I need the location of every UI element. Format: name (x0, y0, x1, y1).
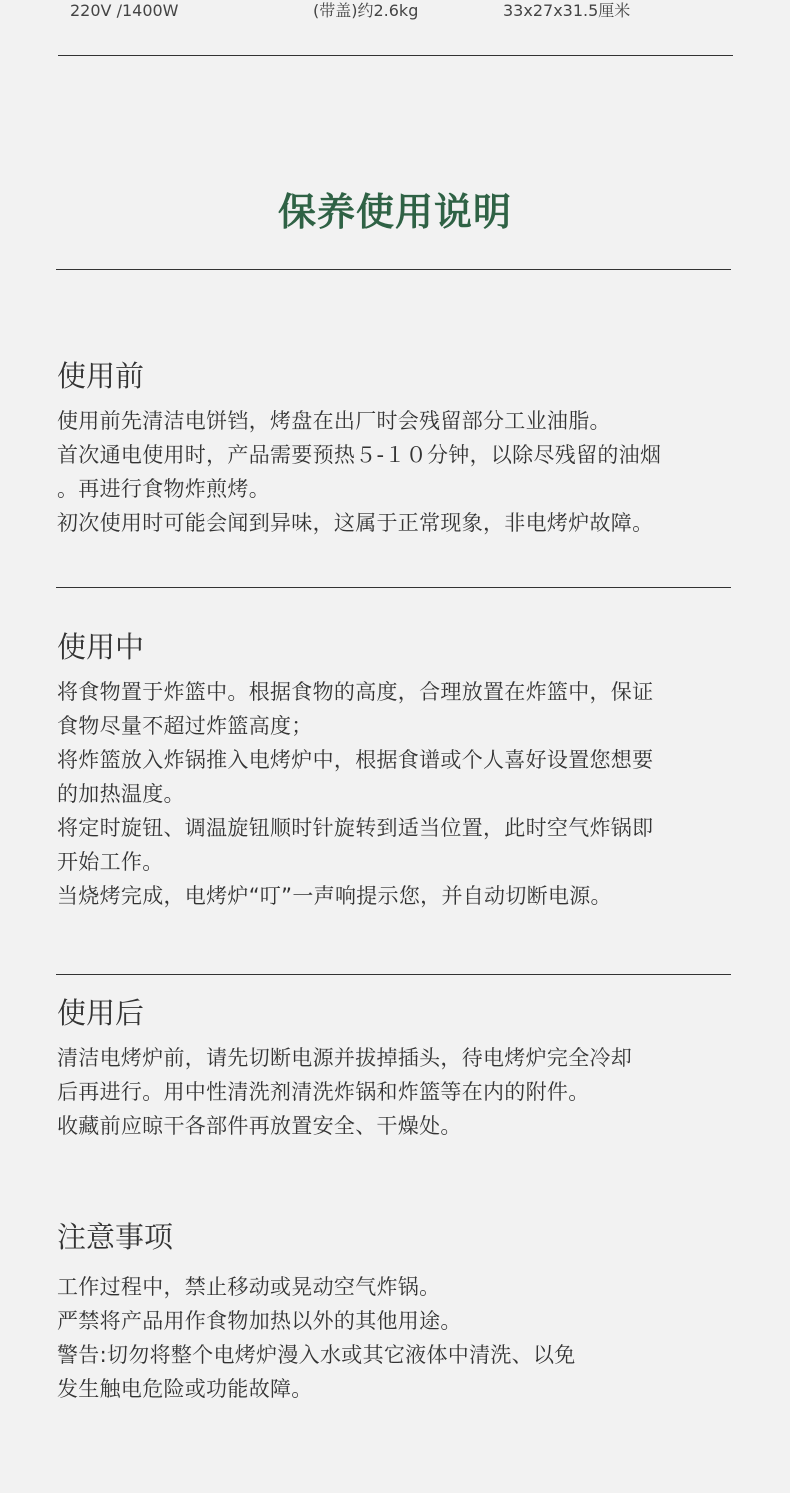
divider (56, 587, 731, 588)
text-line: 的加热温度。 (57, 777, 747, 811)
spec-power: 220V /1400W (70, 0, 179, 22)
text-line: 使用前先清洁电饼铛，烤盘在出厂时会残留部分工业油脂。 (57, 404, 747, 438)
text-line: 警告:切勿将整个电烤炉漫入水或其它液体中清洗、以免 (57, 1338, 747, 1372)
divider (58, 55, 733, 56)
section-body: 工作过程中，禁止移动或晃动空气炸锅。 严禁将产品用作食物加热以外的其他用途。 警… (57, 1270, 747, 1406)
text-line: 清洁电烤炉前，请先切断电源并拔掉插头，待电烤炉完全冷却 (57, 1041, 747, 1075)
section-precautions: 注意事项 工作过程中，禁止移动或晃动空气炸锅。 严禁将产品用作食物加热以外的其他… (57, 1217, 747, 1406)
text-line: 发生触电危险或功能故障。 (57, 1372, 747, 1406)
section-before-use: 使用前 使用前先清洁电饼铛，烤盘在出厂时会残留部分工业油脂。 首次通电使用时，产… (57, 356, 747, 540)
text-line: 食物尽量不超过炸篮高度； (57, 709, 747, 743)
text-line: 首次通电使用时，产品需要预热５-１０分钟，以除尽残留的油烟 (57, 438, 747, 472)
section-body: 清洁电烤炉前，请先切断电源并拔掉插头，待电烤炉完全冷却 后再进行。用中性清洗剂清… (57, 1041, 747, 1143)
section-heading: 使用后 (57, 993, 747, 1033)
text-line: 收藏前应晾干各部件再放置安全、干燥处。 (57, 1109, 747, 1143)
text-line: 开始工作。 (57, 845, 747, 879)
spec-weight: (带盖)约2.6kg (313, 0, 418, 22)
text-line: 当烧烤完成，电烤炉“叮”一声响提示您，并自动切断电源。 (57, 879, 747, 913)
text-line: 后再进行。用中性清洗剂清洗炸锅和炸篮等在内的附件。 (57, 1075, 747, 1109)
text-line: 将炸篮放入炸锅推入电烤炉中，根据食谱或个人喜好设置您想要 (57, 743, 747, 777)
section-body: 将食物置于炸篮中。根据食物的高度，合理放置在炸篮中，保证 食物尽量不超过炸篮高度… (57, 675, 747, 913)
text-line: 将食物置于炸篮中。根据食物的高度，合理放置在炸篮中，保证 (57, 675, 747, 709)
divider (56, 974, 731, 975)
text-line: 工作过程中，禁止移动或晃动空气炸锅。 (57, 1270, 747, 1304)
divider (56, 269, 731, 270)
section-during-use: 使用中 将食物置于炸篮中。根据食物的高度，合理放置在炸篮中，保证 食物尽量不超过… (57, 627, 747, 913)
section-heading: 使用前 (57, 356, 747, 396)
section-heading: 使用中 (57, 627, 747, 667)
section-heading: 注意事项 (57, 1217, 747, 1257)
section-after-use: 使用后 清洁电烤炉前，请先切断电源并拔掉插头，待电烤炉完全冷却 后再进行。用中性… (57, 993, 747, 1143)
page-title: 保养使用说明 (0, 185, 790, 239)
text-line: 初次使用时可能会闻到异味，这属于正常现象，非电烤炉故障。 (57, 506, 747, 540)
section-body: 使用前先清洁电饼铛，烤盘在出厂时会残留部分工业油脂。 首次通电使用时，产品需要预… (57, 404, 747, 540)
text-line: 严禁将产品用作食物加热以外的其他用途。 (57, 1304, 747, 1338)
spec-size: 33x27x31.5厘米 (503, 0, 630, 22)
text-line: 将定时旋钮、调温旋钮顺时针旋转到适当位置，此时空气炸锅即 (57, 811, 747, 845)
text-line: 。再进行食物炸煎烤。 (57, 472, 747, 506)
